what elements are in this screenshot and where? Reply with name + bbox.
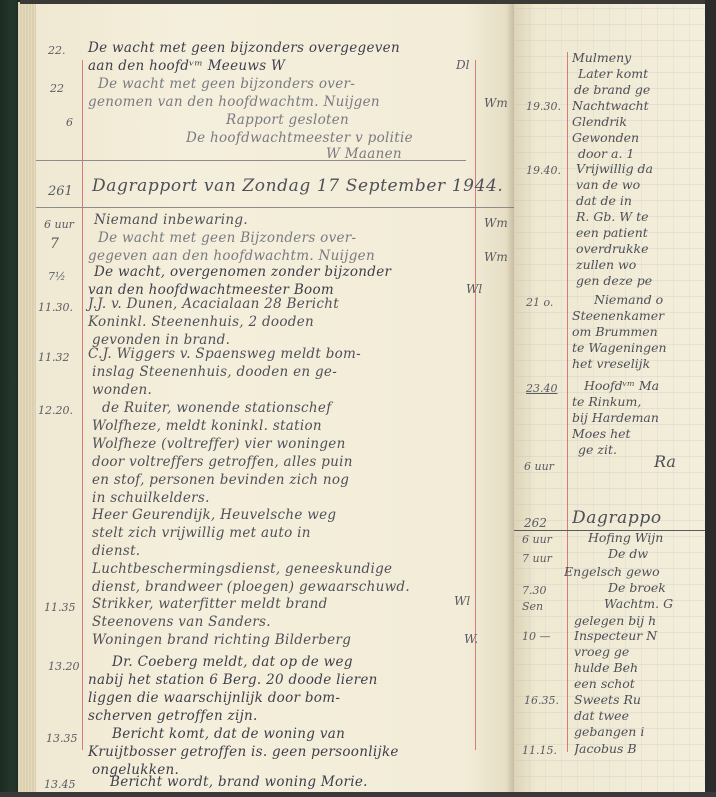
entry-line: te Wageningen [572,340,705,355]
entry-line: R. Gb. W te [576,209,705,224]
entry-line: Wolfheze (voltreffer) vier woningen [92,436,346,452]
page-stack-edges [18,2,38,794]
entry-line: een patient [576,225,705,240]
signature: Ra [654,452,705,471]
entry-time: 19.30. [526,100,561,113]
entry-line: Woningen brand richting Bilderberg [92,632,351,648]
entry-line: de brand ge [574,82,705,97]
entry-line: Kruijtbosser getroffen is. geen persoonl… [88,744,399,760]
left-margin-line [567,52,568,752]
entry-line: De dw [608,546,705,561]
entry-line: wonden. [92,382,152,398]
initials: Wl [466,282,482,296]
entry-line: gegeven aan den hoofdwachtm. Nuijgen [88,248,375,264]
entry-line: dienst. [92,543,140,559]
entry-line: dienst, brandweer (ploegen) gewaarschuwd… [92,579,410,595]
entry-line: in schuilkelders. [92,490,210,506]
entry-time: 16.35. [524,694,559,707]
entry-line: Niemand inbewaring. [94,212,248,228]
entry-line: Bericht komt, dat de woning van [112,726,345,742]
entry-line: te Rinkum, [572,394,705,409]
entry-line: Gewonden [572,130,705,145]
entry-time: 7½ [48,270,66,283]
entry-line: C.J. Wiggers v. Spaensweg meldt bom- [88,346,361,362]
report-number: 261 [48,184,73,199]
entry-time: 11.32 [38,351,70,364]
entry-line: Steenovens van Sanders. [92,614,271,630]
entry-line: Steenenkamer [572,308,705,323]
entry-line: De wacht met geen Bijzonders over- [98,230,356,246]
entry-line: nabij het station 6 Berg. 20 doode liere… [88,672,378,688]
entry-time: Sen [522,600,543,613]
entry-time: 13.35 [46,732,78,745]
initials: Wl [454,594,470,608]
entry-time: 13.45 [44,778,76,791]
entry-line: Luchtbeschermingsdienst, geneeskundige [92,561,392,577]
entry-line: De hoofdwachtmeester v politie [186,130,413,146]
entry-line: stelt zich vrijwillig met auto in [92,525,311,541]
entry-line: Hofing Wijn [588,530,705,545]
heading-underline [36,207,514,208]
entry-time: 6 uur [522,533,552,546]
right-margin-line [475,60,476,750]
entry-time: 22 [50,82,64,95]
entry-line: dat de in [576,193,705,208]
initials: Dl [456,58,469,72]
entry-time: 6 uur [524,460,554,473]
report-number: 262 [524,516,547,530]
entry-line: gebangen i [574,724,705,739]
entry-time: 11.30. [38,301,73,314]
bottom-edge [0,792,716,797]
entry-line: Moes het [572,426,705,441]
entry-time: 21 o. [526,296,553,309]
entry-line: Vrijwillig da [576,161,705,176]
report-title: Dagrappo [572,508,705,528]
entry-line: zullen wo [576,257,705,272]
entry-line: overdrukke [576,241,705,256]
entry-line: Hoofdᵛᵐ Ma [584,378,705,393]
entry-line: Mulmeny [572,50,705,65]
entry-line: De wacht met geen bijzonders over- [98,76,355,92]
entry-line: Heer Geurendijk, Heuvelsche weg [92,507,336,523]
entry-time: 11.35 [44,601,76,614]
right-page: Mulmeny Later komt de brand ge 19.30. Na… [514,4,705,792]
entry-line: Jacobus B [574,741,705,756]
entry-line: vroeg ge [574,644,705,659]
entry-line: Wolfheze, meldt koninkl. station [92,418,322,434]
entry-time: 22. [48,44,66,57]
entry-time: 6 uur [44,218,74,231]
background-edge [705,0,716,797]
entry-line: de Ruiter, wonende stationschef [102,400,332,416]
left-margin-line [82,60,83,750]
entry-time: 19.40. [526,164,561,177]
initials: W. [464,632,478,646]
entry-line: Engelsch gewo [564,564,705,579]
entry-line: genomen van den hoofdwachtm. Nuijgen [88,94,380,110]
entry-line: J.J. v. Dunen, Acacialaan 28 Bericht [88,296,339,312]
entry-time: 7 [50,236,59,252]
entry-line: een schot [574,676,705,691]
entry-line: inslag Steenenhuis, dooden en ge- [92,364,337,380]
entry-line: Inspecteur N [574,628,705,643]
entry-line: door a. 1 [578,146,705,161]
entry-line: dat twee [574,708,705,723]
entry-time: 12.20. [38,404,73,417]
entry-time: 13.20 [48,660,80,673]
entry-time: 6 [66,116,73,129]
entry-line: gelegen bij h [574,613,705,628]
section-divider [36,160,466,161]
entry-line: gen deze pe [576,273,705,288]
entry-line: hulde Beh [574,660,705,675]
entry-line: Koninkl. Steenenhuis, 2 dooden [88,314,314,330]
left-page: 22. De wacht met geen bijzonders overgeg… [36,4,514,792]
entry-line: Niemand o [594,292,705,307]
entry-line: van de wo [576,177,705,192]
entry-line: bij Hardeman [572,410,705,425]
initials: Wm [484,216,508,230]
entry-line: Rapport gesloten [226,112,349,128]
entry-line: Sweets Ru [574,692,705,707]
entry-line: Wachtm. G [604,596,705,611]
entry-time: 23.40 [526,382,558,395]
entry-line: Nachtwacht [572,98,705,113]
entry-line: het vreselijk [572,356,705,371]
entry-time: 7 uur [522,552,552,565]
entry-line: Glendrik [572,114,705,129]
entry-line: Later komt [578,66,705,81]
entry-line: De wacht, overgenomen zonder bijzonder [94,264,391,280]
report-title: Dagrapport van Zondag 17 September 1944. [92,176,503,196]
entry-line: door voltreffers getroffen, alles puin [92,454,353,470]
initials: Wm [484,96,508,110]
entry-line: om Brummen [572,324,705,339]
entry-time: 11.15. [522,744,557,757]
initials: Wm [484,250,508,264]
entry-time: 10 — [522,630,551,643]
entry-line: Bericht wordt, brand woning Morie. [110,774,368,790]
entry-line: liggen die waarschijnlijk door bom- [88,690,340,706]
entry-line: Strikker, waterfitter meldt brand [92,596,328,612]
entry-line: en stof, personen bevinden zich nog [92,472,349,488]
entry-line: aan den hoofdᵛᵐ Meeuws W [88,58,285,74]
entry-line: De wacht met geen bijzonders overgegeven [88,40,400,56]
entry-line: Dr. Coeberg meldt, dat op de weg [112,654,353,670]
entry-time: 7.30 [522,584,547,597]
entry-line: scherven getroffen zijn. [88,708,258,724]
entry-line: De broek [608,580,705,595]
